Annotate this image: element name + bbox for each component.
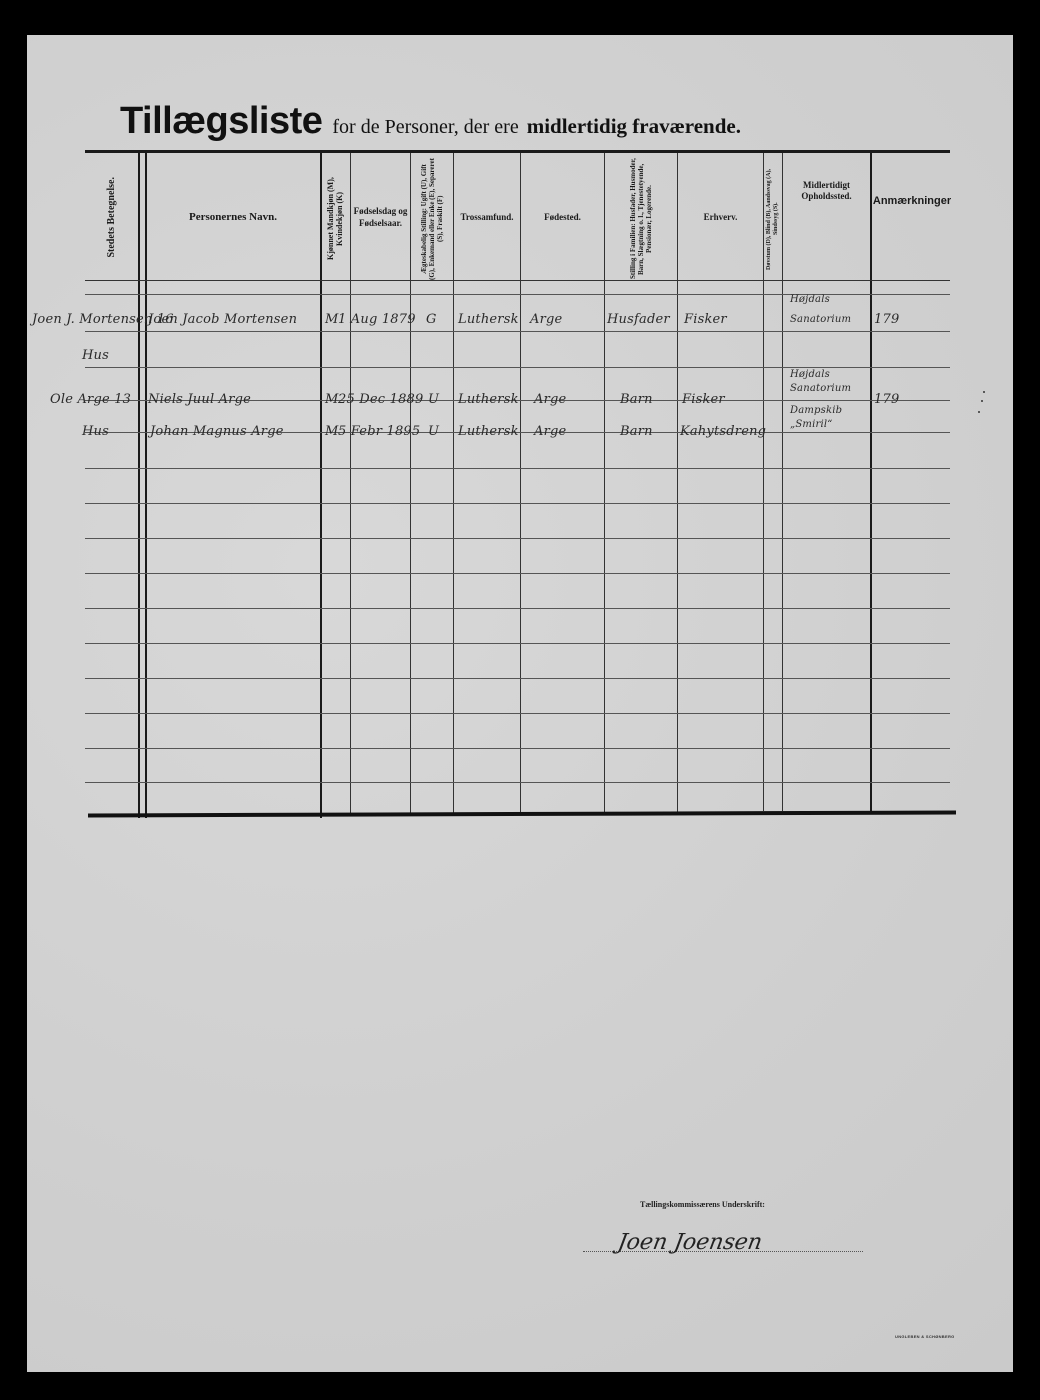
header-fodested: Fødested.: [521, 155, 604, 280]
row-line: [85, 503, 950, 504]
row3-opholdssted: Dampskib „Smiril“: [790, 404, 870, 432]
row-line: [85, 468, 950, 469]
column-divider: [138, 153, 140, 818]
header-aegteskabelig-stilling: Ægteskabelig Stilling: Ugift (U), Gift (…: [411, 158, 453, 280]
header-stilling-i-familien: Stilling i Familien: Husfader, Husmoder,…: [605, 158, 677, 280]
row2-erhverv: Fisker: [682, 392, 725, 407]
row2-stedets-betegnelse: Ole Arge 13: [50, 392, 131, 407]
row3-trossamfund: Luthersk: [458, 424, 519, 439]
row3-erhverv: Kahytsdreng: [680, 424, 766, 439]
header-midlertidigt-opholdssted: Midlertidigt Opholdssted.: [783, 180, 870, 250]
row2-trossamfund: Luthersk: [458, 392, 519, 407]
row3-fodested: Arge: [534, 424, 566, 439]
printer-imprint: UNGLEBEN & SCHØNBERG: [895, 1334, 955, 1339]
row1-opholdssted: Højdals Sanatorium: [790, 290, 870, 330]
row1-fodselsdag: 1 Aug 1879: [338, 312, 416, 327]
row3-navn: Johan Magnus Arge: [150, 424, 284, 439]
row-line: [85, 643, 950, 644]
row2-opholdssted: Højdals Sanatorium: [790, 368, 870, 396]
row2-navn: Niels Juul Arge: [148, 392, 251, 407]
row1-stedets-betegnelse-line2: Hus: [82, 348, 109, 363]
row2-stilling: Barn: [620, 392, 653, 407]
row3-kjonnet: M: [325, 424, 339, 439]
row3-stilling: Barn: [620, 424, 653, 439]
row-line: [85, 331, 950, 332]
title-subtitle: for de Personer, der ere: [332, 116, 518, 138]
ink-speck: [978, 411, 980, 413]
row3-aegteskabelig: U: [428, 424, 439, 439]
row-line: [85, 748, 950, 749]
row-line: [85, 782, 950, 783]
signature: Joen Joensen: [616, 1230, 764, 1255]
row2-stedets-betegnelse-line2: Hus: [82, 424, 109, 439]
header-anmaerkninger: Anmærkninger: [871, 195, 953, 235]
row1-kjonnet: M: [325, 312, 339, 327]
row-line: [85, 678, 950, 679]
header-trossamfund: Trossamfund.: [454, 155, 520, 280]
header-top-rule: [85, 150, 950, 153]
form-title: Tillægsliste for de Personer, der ere mi…: [120, 100, 920, 150]
title-main: Tillægsliste: [120, 100, 322, 142]
row1-fodested: Arge: [530, 312, 562, 327]
header-kjonnet: Kjønnet Mandkjøn (M), Kvindekjøn (K): [321, 158, 350, 280]
row1-anmaerkninger: 179: [874, 312, 899, 327]
row1-trossamfund: Luthersk: [458, 312, 519, 327]
ink-speck: [981, 400, 983, 402]
ink-speck: [983, 391, 985, 393]
header-bottom-rule: [85, 280, 950, 281]
header-dovstum-blind: Døvstum (D), Blind (B), Aandssvag (A), S…: [764, 158, 782, 280]
header-personernes-navn: Personernes Navn.: [146, 155, 320, 280]
header-stedets-betegnelse: Stedets Betegnelse.: [88, 155, 136, 280]
row1-aegteskabelig: G: [426, 312, 437, 327]
row2-fodested: Arge: [534, 392, 566, 407]
signature-label: Tællingskommissærens Underskrift:: [640, 1200, 765, 1209]
row3-fodselsdag: 5 Febr 1895: [338, 424, 420, 439]
header-erhverv: Erhverv.: [678, 155, 763, 280]
row-line: [85, 608, 950, 609]
row2-kjonnet: M: [325, 392, 339, 407]
header-fodselsdag: Fødselsdag og Fødselsaar.: [351, 155, 410, 280]
row2-anmaerkninger: 179: [874, 392, 899, 407]
row2-aegteskabelig: U: [428, 392, 439, 407]
row1-stilling: Husfader: [607, 312, 670, 327]
row1-navn: Joen Jacob Mortensen: [148, 312, 297, 327]
row-line: [85, 713, 950, 714]
row-line: [85, 538, 950, 539]
row-line: [85, 573, 950, 574]
row1-erhverv: Fisker: [684, 312, 727, 327]
title-emphasis: midlertidig fraværende.: [527, 114, 741, 138]
row2-fodselsdag: 25 Dec 1889: [338, 392, 424, 407]
